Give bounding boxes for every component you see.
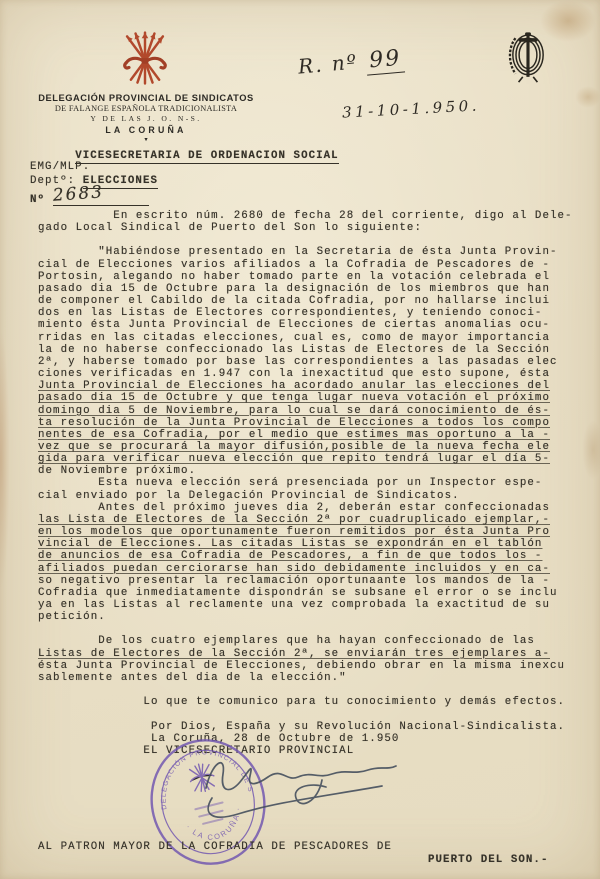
- letter-line: En escrito núm. 2680 de fecha 28 del cor…: [38, 210, 578, 222]
- letter-line: de componer el Cabildo de la citada Cofr…: [38, 295, 578, 307]
- office-reference-initials: EMG/MLP.: [30, 161, 90, 173]
- letter-line: vez que se procurará la mayor difusión,p…: [38, 441, 578, 453]
- letter-line: ésta Junta Provincial de Elecciones, deb…: [38, 660, 578, 672]
- paper-stain: [582, 420, 600, 480]
- sindicatos-seal-icon: [505, 28, 551, 86]
- document-number: Nº 2683: [30, 191, 149, 206]
- letterhead-city: LA CORUÑA: [22, 125, 270, 136]
- letter-line: ta resolución de la Junta Provincial de …: [38, 417, 578, 429]
- letter-line: Cofradia que inmediatamente dispondrán s…: [38, 587, 578, 599]
- letter-line: Esta nueva elección será presenciada por…: [38, 477, 578, 489]
- letter-line: miento ésta Junta Provincial de Eleccion…: [38, 319, 578, 331]
- registry-reference-handwritten: R. nº 99: [297, 45, 405, 79]
- letter-line: domingo dia 5 de Noviembre, para lo cual…: [38, 405, 578, 417]
- letterhead-org-sub2: Y DE LAS J. O. N-S.: [22, 114, 270, 124]
- paper-stain: [0, 330, 10, 590]
- letter-line: Lo que te comunico para tu conocimiento …: [38, 696, 578, 708]
- letter-line: 2ª, y haberse tomado por base las corres…: [38, 356, 578, 368]
- letter-line: [38, 234, 578, 246]
- letter-line: pasado dia 15 de Octubre para la designa…: [38, 283, 578, 295]
- registry-ref-number: 99: [365, 45, 405, 75]
- registry-ref-prefix: R. nº: [297, 49, 359, 78]
- letter-line: [38, 684, 578, 696]
- letter-line: Listas de Electores de la Sección 2ª, se…: [38, 648, 578, 660]
- letter-line: De los cuatro ejemplares que ha hayan co…: [38, 635, 578, 647]
- number-label: Nº: [30, 194, 45, 206]
- letter-line: "Habiéndose presentado en la Secretaria …: [38, 246, 578, 258]
- letterhead-org-sub1: DE FALANGE ESPAÑOLA TRADICIONALISTA: [22, 104, 270, 114]
- letter-line: pasado dia 15 de Octubre y que tenga lug…: [38, 392, 578, 404]
- letter-line: so negativo presentar la reclamación opo…: [38, 575, 578, 587]
- letterhead: DELEGACIÓN PROVINCIAL DE SINDICATOS DE F…: [22, 93, 270, 143]
- signature: [196, 742, 408, 834]
- letter-line: las Lista de Electores de la Sección 2ª …: [38, 514, 578, 526]
- footer-addressee-place: PUERTO DEL SON.-: [428, 854, 548, 866]
- letter-line: en los modelos que oportunamente fueron …: [38, 526, 578, 538]
- letter-line: rridas en las citadas elecciones, cual e…: [38, 332, 578, 344]
- letter-line: de anuncios de esa Cofradia de Pescadore…: [38, 550, 578, 562]
- letter-line: de Noviembre próximo.: [38, 465, 578, 477]
- letter-line: sablemente antes del dia de la elección.…: [38, 672, 578, 684]
- letter-line: [38, 708, 578, 720]
- letter-line: Por Dios, España y su Revolución Naciona…: [38, 721, 578, 733]
- letter-line: gado Local Sindical de Puerto del Son lo…: [38, 222, 578, 234]
- letter-body: En escrito núm. 2680 de fecha 28 del cor…: [38, 210, 578, 757]
- number-value-handwritten: 2683: [52, 186, 104, 202]
- paper-stain: [575, 86, 600, 108]
- letter-line: la de no haberse confeccionado las Lista…: [38, 344, 578, 356]
- letter-line: petición.: [38, 611, 578, 623]
- letter-line: Junta Provincial de Elecciones ha acorda…: [38, 380, 578, 392]
- letter-line: ciones verificadas en 1.947 con la inexa…: [38, 368, 578, 380]
- scanned-letter-page: DELEGACIÓN PROVINCIAL DE SINDICATOS DE F…: [0, 0, 600, 879]
- letter-line: cial enviado por la Delegación Provincia…: [38, 490, 578, 502]
- registry-date-handwritten: 31-10-1.950.: [342, 96, 481, 121]
- letter-line: cial de Elecciones varios afiliados a la…: [38, 259, 578, 271]
- letter-line: dos en las Listas de Electores correspon…: [38, 307, 578, 319]
- letter-line: vincial de Elecciones. Las citadas Lista…: [38, 538, 578, 550]
- letter-line: ya en las Listas al reclamente una vez c…: [38, 599, 578, 611]
- letter-line: afiliados puedan cerciorarse han sido de…: [38, 563, 578, 575]
- letter-line: gida para verificar nueva elección que r…: [38, 453, 578, 465]
- letter-line: Antes del próximo jueves dia 2, deberán …: [38, 502, 578, 514]
- letter-line: [38, 623, 578, 635]
- letter-line: Portosin, alegando no haber tomado parte…: [38, 271, 578, 283]
- letterhead-org-name: DELEGACIÓN PROVINCIAL DE SINDICATOS: [22, 93, 270, 104]
- letter-line: nentes de esa Cofradia, por el medio que…: [38, 429, 578, 441]
- falange-yoke-arrows-icon: [112, 25, 178, 93]
- footer-addressee: AL PATRON MAYOR DE LA COFRADIA DE PESCAD…: [38, 841, 392, 853]
